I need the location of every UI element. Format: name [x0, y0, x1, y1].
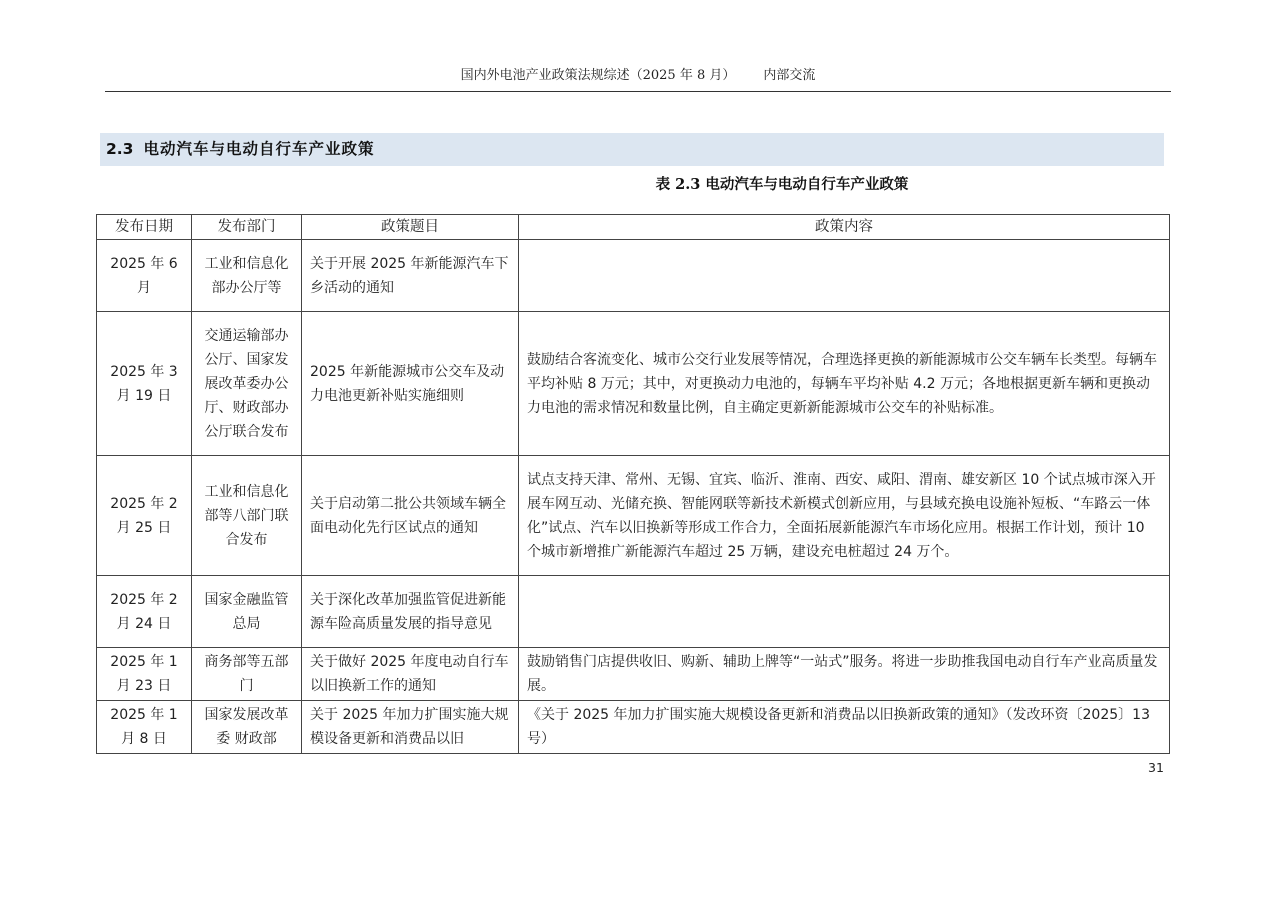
cell-department: 交通运输部办公厅、国家发展改革委办公厅、财政部办公厅联合发布: [192, 312, 302, 456]
cell-title: 2025 年新能源城市公交车及动力电池更新补贴实施细则: [302, 312, 519, 456]
running-header: 国内外电池产业政策法规综述（2025 年 8 月）内部交流: [105, 66, 1171, 92]
cell-content: [519, 240, 1170, 312]
cell-content: 试点支持天津、常州、无锡、宜宾、临沂、淮南、西安、咸阳、渭南、雄安新区 10 个…: [519, 456, 1170, 576]
table-row: 2025 年 2 月 25 日 工业和信息化部等八部门联合发布 关于启动第二批公…: [97, 456, 1170, 576]
document-title: 国内外电池产业政策法规综述（2025 年 8 月）: [461, 68, 736, 83]
page-number: 31: [1148, 760, 1164, 775]
cell-date: 2025 年 6 月: [97, 240, 192, 312]
cell-date: 2025 年 2 月 25 日: [97, 456, 192, 576]
section-heading: 2.3电动汽车与电动自行车产业政策: [100, 133, 1164, 166]
policy-table: 发布日期 发布部门 政策题目 政策内容 2025 年 6 月 工业和信息化部办公…: [96, 214, 1170, 754]
cell-title: 关于开展 2025 年新能源汽车下乡活动的通知: [302, 240, 519, 312]
cell-department: 国家发展改革委 财政部: [192, 701, 302, 754]
cell-department: 国家金融监管总局: [192, 576, 302, 648]
table-caption: 表 2.3 电动汽车与电动自行车产业政策: [100, 173, 1264, 194]
cell-content: 《关于 2025 年加力扩围实施大规模设备更新和消费品以旧换新政策的通知》（发改…: [519, 701, 1170, 754]
cell-date: 2025 年 2 月 24 日: [97, 576, 192, 648]
cell-content: [519, 576, 1170, 648]
table-header-row: 发布日期 发布部门 政策题目 政策内容: [97, 215, 1170, 240]
cell-date: 2025 年 1 月 8 日: [97, 701, 192, 754]
section-number: 2.3: [106, 140, 133, 158]
column-header-department: 发布部门: [192, 215, 302, 240]
section-title: 电动汽车与电动自行车产业政策: [143, 140, 374, 158]
table-row: 2025 年 6 月 工业和信息化部办公厅等 关于开展 2025 年新能源汽车下…: [97, 240, 1170, 312]
column-header-title: 政策题目: [302, 215, 519, 240]
cell-department: 工业和信息化部等八部门联合发布: [192, 456, 302, 576]
cell-department: 工业和信息化部办公厅等: [192, 240, 302, 312]
cell-title: 关于深化改革加强监管促进新能源车险高质量发展的指导意见: [302, 576, 519, 648]
distribution-tag: 内部交流: [763, 68, 815, 83]
cell-content: 鼓励结合客流变化、城市公交行业发展等情况，合理选择更换的新能源城市公交车辆车长类…: [519, 312, 1170, 456]
table-row: 2025 年 1 月 8 日 国家发展改革委 财政部 关于 2025 年加力扩围…: [97, 701, 1170, 754]
cell-content: 鼓励销售门店提供收旧、购新、辅助上牌等“一站式”服务。将进一步助推我国电动自行车…: [519, 648, 1170, 701]
cell-title: 关于启动第二批公共领域车辆全面电动化先行区试点的通知: [302, 456, 519, 576]
table-row: 2025 年 3 月 19 日 交通运输部办公厅、国家发展改革委办公厅、财政部办…: [97, 312, 1170, 456]
cell-title: 关于 2025 年加力扩围实施大规模设备更新和消费品以旧: [302, 701, 519, 754]
cell-date: 2025 年 1 月 23 日: [97, 648, 192, 701]
cell-title: 关于做好 2025 年度电动自行车以旧换新工作的通知: [302, 648, 519, 701]
cell-date: 2025 年 3 月 19 日: [97, 312, 192, 456]
table-row: 2025 年 1 月 23 日 商务部等五部门 关于做好 2025 年度电动自行…: [97, 648, 1170, 701]
column-header-content: 政策内容: [519, 215, 1170, 240]
cell-department: 商务部等五部门: [192, 648, 302, 701]
table-row: 2025 年 2 月 24 日 国家金融监管总局 关于深化改革加强监管促进新能源…: [97, 576, 1170, 648]
column-header-date: 发布日期: [97, 215, 192, 240]
